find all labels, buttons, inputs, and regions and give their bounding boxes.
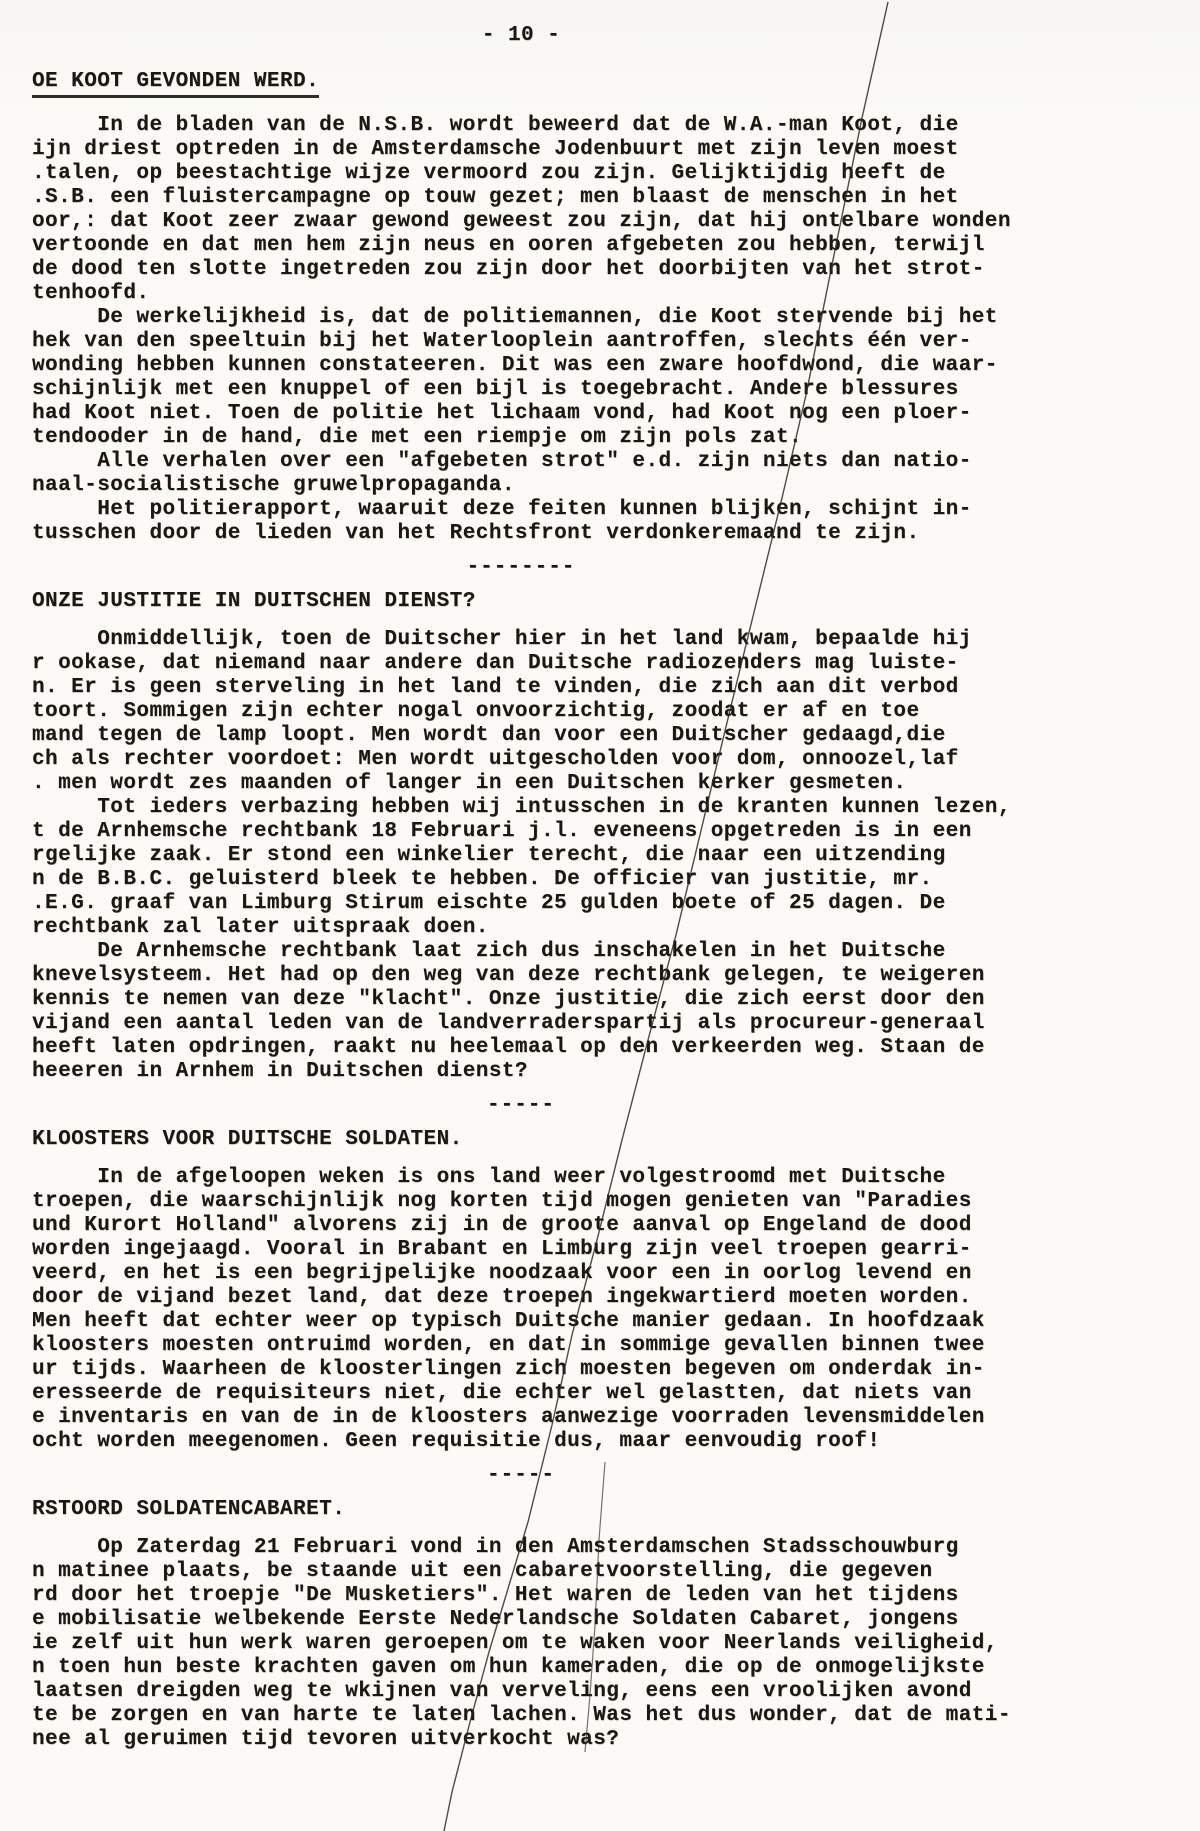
text-line: t de Arnhemsche rechtbank 18 Februari j.… bbox=[32, 820, 1200, 844]
paragraph: In de afgeloopen weken is ons land weer … bbox=[32, 1166, 1200, 1454]
text-line: ie zelf uit hun werk waren geroepen om t… bbox=[32, 1632, 1200, 1656]
text-line: worden ingejaagd. Vooral in Brabant en L… bbox=[32, 1238, 1200, 1262]
paragraph: De werkelijkheid is, dat de politiemanne… bbox=[32, 306, 1200, 450]
page-number: - 10 - bbox=[32, 24, 1010, 48]
text-line: .S.B. een fluistercampagne op touw gezet… bbox=[32, 186, 1200, 210]
section-heading-text: KLOOSTERS VOOR DUITSCHE SOLDATEN. bbox=[32, 1128, 463, 1151]
paragraph: De Arnhemsche rechtbank laat zich dus in… bbox=[32, 940, 1200, 1084]
section-divider: ----- bbox=[32, 1094, 1010, 1118]
text-line: r ookase, dat niemand naar andere dan Du… bbox=[32, 652, 1200, 676]
document-section: KLOOSTERS VOOR DUITSCHE SOLDATEN. In de … bbox=[32, 1128, 1200, 1488]
text-line: Men heeft dat echter weer op typisch Dui… bbox=[32, 1310, 1200, 1334]
text-line: De werkelijkheid is, dat de politiemanne… bbox=[32, 306, 1200, 330]
section-heading: OE KOOT GEVONDEN WERD. bbox=[32, 70, 1200, 98]
text-line: n de B.B.C. geluisterd bleek te hebben. … bbox=[32, 868, 1200, 892]
document-section: RSTOORD SOLDATENCABARET. Op Zaterdag 21 … bbox=[32, 1498, 1200, 1752]
section-heading: RSTOORD SOLDATENCABARET. bbox=[32, 1498, 1200, 1522]
document-section: ONZE JUSTITIE IN DUITSCHEN DIENST? Onmid… bbox=[32, 590, 1200, 1118]
text-line: toort. Sommigen zijn echter nogal onvoor… bbox=[32, 700, 1200, 724]
text-line: vijand een aantal leden van de landverra… bbox=[32, 1012, 1200, 1036]
text-line: Op Zaterdag 21 Februari vond in den Amst… bbox=[32, 1536, 1200, 1560]
text-line: oor,: dat Koot zeer zwaar gewond geweest… bbox=[32, 210, 1200, 234]
text-line: naal-socialistische gruwelpropaganda. bbox=[32, 474, 1200, 498]
section-heading: ONZE JUSTITIE IN DUITSCHEN DIENST? bbox=[32, 590, 1200, 614]
text-line: .E.G. graaf van Limburg Stirum eischte 2… bbox=[32, 892, 1200, 916]
text-line: ocht worden meegenomen. Geen requisitie … bbox=[32, 1430, 1200, 1454]
text-line: hek van den speeltuin bij het Waterloopl… bbox=[32, 330, 1200, 354]
text-line: tenhoofd. bbox=[32, 282, 1200, 306]
text-line: tusschen door de lieden van het Rechtsfr… bbox=[32, 522, 1200, 546]
text-line: Het politierapport, waaruit deze feiten … bbox=[32, 498, 1200, 522]
text-line: Alle verhalen over een "afgebeten strot"… bbox=[32, 450, 1200, 474]
text-line: knevelsysteem. Het had op den weg van de… bbox=[32, 964, 1200, 988]
text-line: rgelijke zaak. Er stond een winkelier te… bbox=[32, 844, 1200, 868]
paragraph: Onmiddellijk, toen de Duitscher hier in … bbox=[32, 628, 1200, 796]
text-line: heeft laten opdringen, raakt nu heelemaa… bbox=[32, 1036, 1200, 1060]
text-line: laatsen dreigden weg te wkijnen van verv… bbox=[32, 1680, 1200, 1704]
text-line: had Koot niet. Toen de politie het licha… bbox=[32, 402, 1200, 426]
text-line: Onmiddellijk, toen de Duitscher hier in … bbox=[32, 628, 1200, 652]
text-line: mand tegen de lamp loopt. Men wordt dan … bbox=[32, 724, 1200, 748]
text-line: te be zorgen en van harte te laten lache… bbox=[32, 1704, 1200, 1728]
paragraph: Het politierapport, waaruit deze feiten … bbox=[32, 498, 1200, 546]
text-line: Tot ieders verbazing hebben wij intussch… bbox=[32, 796, 1200, 820]
section-heading-text: RSTOORD SOLDATENCABARET. bbox=[32, 1498, 345, 1521]
section-divider: ----- bbox=[32, 1464, 1010, 1488]
text-line: ur tijds. Waarheen de kloosterlingen zic… bbox=[32, 1358, 1200, 1382]
text-line: de dood ten slotte ingetreden zou zijn d… bbox=[32, 258, 1200, 282]
text-line: ch als rechter voordoet: Men wordt uitge… bbox=[32, 748, 1200, 772]
paragraph: Op Zaterdag 21 Februari vond in den Amst… bbox=[32, 1536, 1200, 1752]
text-line: n. Er is geen sterveling in het land te … bbox=[32, 676, 1200, 700]
paragraph: Alle verhalen over een "afgebeten strot"… bbox=[32, 450, 1200, 498]
text-line: wonding hebben kunnen constateeren. Dit … bbox=[32, 354, 1200, 378]
section-heading-text: OE KOOT GEVONDEN WERD. bbox=[32, 70, 319, 98]
text-line: tendooder in de hand, die met een riempj… bbox=[32, 426, 1200, 450]
document-section: OE KOOT GEVONDEN WERD. In de bladen van … bbox=[32, 70, 1200, 580]
document-sections: OE KOOT GEVONDEN WERD. In de bladen van … bbox=[32, 70, 1200, 1752]
text-line: e mobilisatie welbekende Eerste Nederlan… bbox=[32, 1608, 1200, 1632]
text-line: kennis te nemen van deze "klacht". Onze … bbox=[32, 988, 1200, 1012]
section-heading-text: ONZE JUSTITIE IN DUITSCHEN DIENST? bbox=[32, 590, 476, 613]
text-line: De Arnhemsche rechtbank laat zich dus in… bbox=[32, 940, 1200, 964]
text-line: . men wordt zes maanden of langer in een… bbox=[32, 772, 1200, 796]
text-line: vertoonde en dat men hem zijn neus en oo… bbox=[32, 234, 1200, 258]
scanned-page: - 10 - OE KOOT GEVONDEN WERD. In de blad… bbox=[0, 0, 1200, 1831]
text-line: heeeren in Arnhem in Duitschen dienst? bbox=[32, 1060, 1200, 1084]
paragraph: In de bladen van de N.S.B. wordt beweerd… bbox=[32, 114, 1200, 306]
text-line: rd door het troepje "De Musketiers". Het… bbox=[32, 1584, 1200, 1608]
text-line: e inventaris en van de in de kloosters a… bbox=[32, 1406, 1200, 1430]
section-heading: KLOOSTERS VOOR DUITSCHE SOLDATEN. bbox=[32, 1128, 1200, 1152]
text-line: troepen, die waarschijnlijk nog korten t… bbox=[32, 1190, 1200, 1214]
text-line: kloosters moesten ontruimd worden, en da… bbox=[32, 1334, 1200, 1358]
text-line: nee al geruimen tijd tevoren uitverkocht… bbox=[32, 1728, 1200, 1752]
paragraph: Tot ieders verbazing hebben wij intussch… bbox=[32, 796, 1200, 940]
text-line: door de vijand bezet land, dat deze troe… bbox=[32, 1286, 1200, 1310]
text-line: rechtbank zal later uitspraak doen. bbox=[32, 916, 1200, 940]
text-line: In de afgeloopen weken is ons land weer … bbox=[32, 1166, 1200, 1190]
text-line: ijn driest optreden in de Amsterdamsche … bbox=[32, 138, 1200, 162]
text-line: und Kurort Holland" alvorens zij in de g… bbox=[32, 1214, 1200, 1238]
text-line: .talen, op beestachtige wijze vermoord z… bbox=[32, 162, 1200, 186]
text-line: schijnlijk met een knuppel of een bijl i… bbox=[32, 378, 1200, 402]
text-line: n matinee plaats, be staande uit een cab… bbox=[32, 1560, 1200, 1584]
document-body: - 10 - OE KOOT GEVONDEN WERD. In de blad… bbox=[0, 0, 1200, 1752]
text-line: n toen hun beste krachten gaven om hun k… bbox=[32, 1656, 1200, 1680]
text-line: veerd, en het is een begrijpelijke noodz… bbox=[32, 1262, 1200, 1286]
text-line: In de bladen van de N.S.B. wordt beweerd… bbox=[32, 114, 1200, 138]
text-line: eresseerde de requisiteurs niet, die ech… bbox=[32, 1382, 1200, 1406]
section-divider: -------- bbox=[32, 556, 1010, 580]
